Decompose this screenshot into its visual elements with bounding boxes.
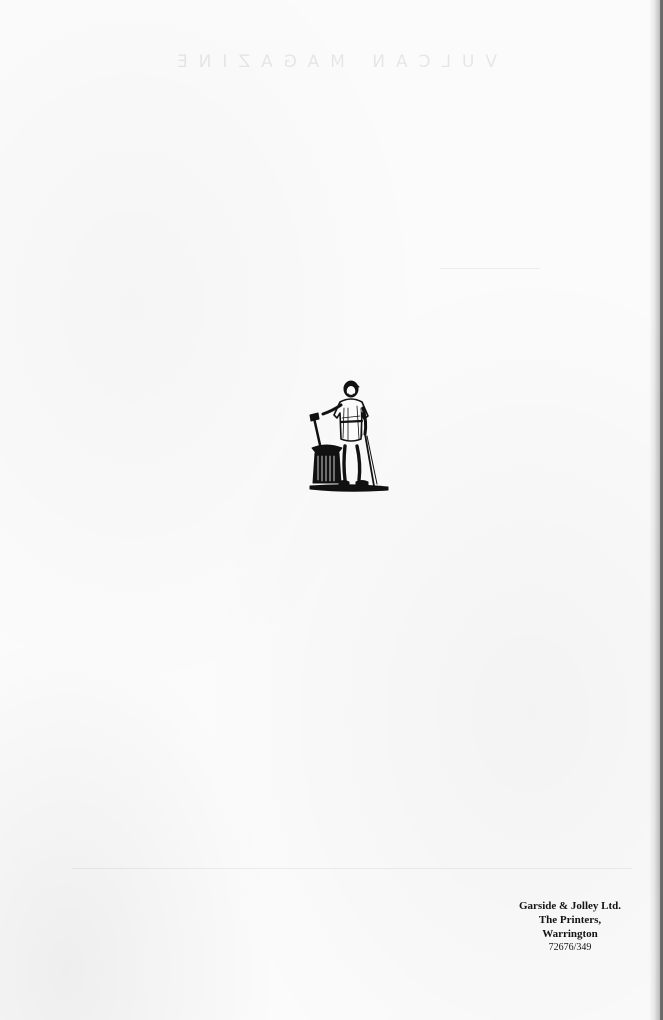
printer-imprint: Garside & Jolley Ltd. The Printers, Warr… <box>500 899 640 955</box>
back-cover-page: VULCAN MAGAZINE <box>0 0 663 1020</box>
imprint-job-number: 72676/349 <box>500 941 640 955</box>
blacksmith-icon <box>304 378 390 498</box>
bleed-through-rule <box>440 268 540 269</box>
paper-texture <box>0 0 663 1020</box>
imprint-town: Warrington <box>500 927 640 941</box>
bleed-through-rule <box>72 868 632 869</box>
bleed-through-heading: VULCAN MAGAZINE <box>0 52 663 72</box>
imprint-company: Garside & Jolley Ltd. <box>500 899 640 913</box>
imprint-role: The Printers, <box>500 913 640 927</box>
page-edge-shadow <box>649 0 663 1020</box>
blacksmith-illustration <box>304 378 390 498</box>
